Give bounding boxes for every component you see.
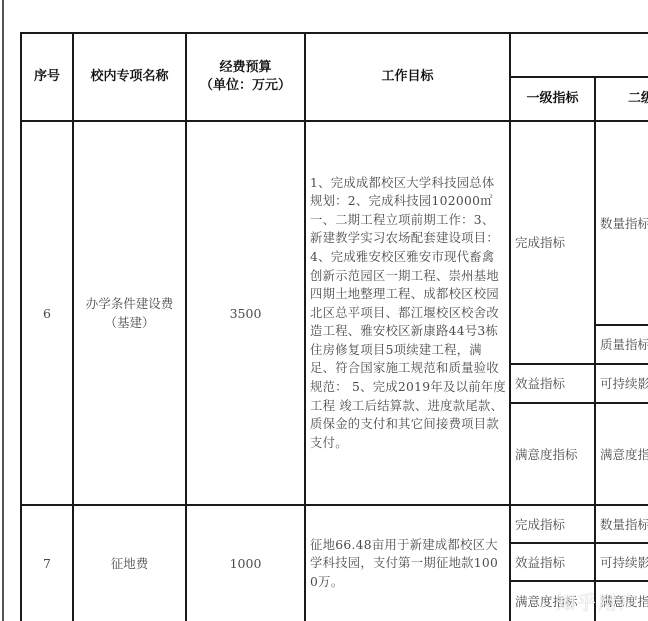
row6-indicator-satisfaction-label: 满意度指标 xyxy=(515,445,578,464)
row6-indicator-quantity: 数量指标 xyxy=(596,122,648,324)
row7-indicator-benefit-label: 效益指标 xyxy=(515,553,565,572)
row6-work-goal-text: 1、完成成都校区大学科技园总体规划：2、完成科技园102000㎡一、二期工程立项… xyxy=(310,174,506,453)
row6-indicator-quality: 质量指标 xyxy=(596,326,648,363)
row7-budget-value: 1000 xyxy=(230,554,262,573)
row7-indicator-quantity: 数量指标 xyxy=(596,506,648,542)
header-level2-indicator-label: 二级 xyxy=(628,90,648,108)
row6-indicator-sustainability: 可持续影 xyxy=(596,365,648,402)
watermark: 知乎用户 xyxy=(556,588,640,615)
row6-seq-value: 6 xyxy=(43,304,51,323)
row7-indicator-complete-label: 完成指标 xyxy=(515,515,565,534)
row7-indicator-complete: 完成指标 xyxy=(511,506,594,542)
row7-indicator-benefit: 效益指标 xyxy=(511,544,594,580)
row7-budget: 1000 xyxy=(187,506,304,621)
header-project-name-label: 校内专项名称 xyxy=(90,68,168,86)
row7-indicator-quantity-label: 数量指标 xyxy=(600,515,648,534)
row6-project-name: 办学条件建设费 （基建） xyxy=(74,122,185,504)
row6-indicator-benefit-label: 效益指标 xyxy=(515,374,565,393)
row6-indicator-sustainability-label: 可持续影 xyxy=(600,374,648,393)
row7-seq-value: 7 xyxy=(43,554,51,573)
header-budget: 经费预算 （单位：万元） xyxy=(187,34,304,120)
row6-indicator-quantity-label: 数量指标 xyxy=(600,214,648,233)
header-seq: 序号 xyxy=(22,34,72,120)
row6-budget-value: 3500 xyxy=(230,304,262,323)
header-seq-label: 序号 xyxy=(34,68,60,86)
row6-seq: 6 xyxy=(22,122,72,504)
row7-indicator-sustainability: 可持续影 xyxy=(596,544,648,580)
row6-indicator-quality-label: 质量指标 xyxy=(600,335,648,354)
row6-indicator-satisfaction-sub: 满意度指 xyxy=(596,404,648,504)
page-edge xyxy=(2,0,4,621)
header-budget-unit: （单位：万元） xyxy=(200,77,291,95)
row6-project-name-line2: （基建） xyxy=(104,313,154,332)
header-work-goal: 工作目标 xyxy=(306,34,509,120)
row7-work-goal: 征地66.48亩用于新建成都校区大学科技园，支付第一期征地款1000万。 xyxy=(306,506,509,621)
row7-project-name: 征地费 xyxy=(74,506,185,621)
row6-indicator-complete-label: 完成指标 xyxy=(515,233,565,252)
header-work-goal-label: 工作目标 xyxy=(381,68,433,86)
row7-seq: 7 xyxy=(22,506,72,621)
row6-indicator-satisfaction: 满意度指标 xyxy=(511,404,594,504)
row7-indicator-sustainability-label: 可持续影 xyxy=(600,553,648,572)
row7-project-name-value: 征地费 xyxy=(111,554,149,573)
header-level1-indicator: 一级指标 xyxy=(511,78,594,120)
header-level1-indicator-label: 一级指标 xyxy=(526,90,578,108)
row7-work-goal-text: 征地66.48亩用于新建成都校区大学科技园，支付第一期征地款1000万。 xyxy=(310,536,506,592)
row6-budget: 3500 xyxy=(187,122,304,504)
header-project-name: 校内专项名称 xyxy=(74,34,185,120)
row6-work-goal: 1、完成成都校区大学科技园总体规划：2、完成科技园102000㎡一、二期工程立项… xyxy=(306,122,509,504)
row6-indicator-complete: 完成指标 xyxy=(511,122,594,363)
row6-indicator-satisfaction-sub-label: 满意度指 xyxy=(600,445,648,464)
row6-indicator-benefit: 效益指标 xyxy=(511,365,594,402)
header-budget-label: 经费预算 xyxy=(219,59,271,77)
row6-project-name-line1: 办学条件建设费 xyxy=(86,294,174,313)
header-level2-indicator: 二级 xyxy=(628,78,648,120)
